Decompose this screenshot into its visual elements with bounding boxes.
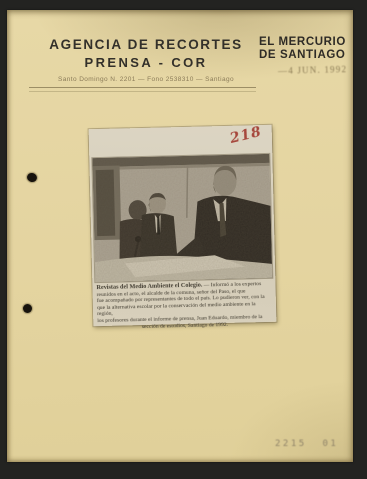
date-stamp: —4 JUN. 1992 xyxy=(278,64,347,76)
scanned-archive-sheet: AGENCIA DE RECORTES PRENSA - COR Santo D… xyxy=(0,0,367,479)
agency-name-line2: PRENSA - COR xyxy=(35,55,257,70)
agency-letterhead: AGENCIA DE RECORTES PRENSA - COR Santo D… xyxy=(35,37,257,83)
caption-lead-rest: — Informó a los expertos xyxy=(202,281,261,288)
newspaper-clipping: 218 xyxy=(89,125,277,326)
letterhead-divider xyxy=(29,87,256,92)
punch-hole-top xyxy=(26,172,38,183)
clipping-caption: Revistas del Medio Ambiente el Colegio. … xyxy=(96,281,272,331)
agency-name-line1: AGENCIA DE RECORTES xyxy=(35,37,257,52)
handwritten-archive-number: 218 xyxy=(228,124,263,147)
publication-name: EL MERCURIO DE SANTIAGO xyxy=(259,36,346,61)
punch-hole-bottom xyxy=(23,304,32,313)
archive-code: 2215 01 xyxy=(275,439,338,449)
news-photo xyxy=(92,154,272,282)
publication-name-line1: EL MERCURIO xyxy=(259,36,346,49)
agency-address: Santo Domingo N. 2201 — Fono 2538310 — S… xyxy=(35,76,257,83)
publication-name-line2: DE SANTIAGO xyxy=(259,49,346,62)
archive-paper: AGENCIA DE RECORTES PRENSA - COR Santo D… xyxy=(7,10,353,462)
